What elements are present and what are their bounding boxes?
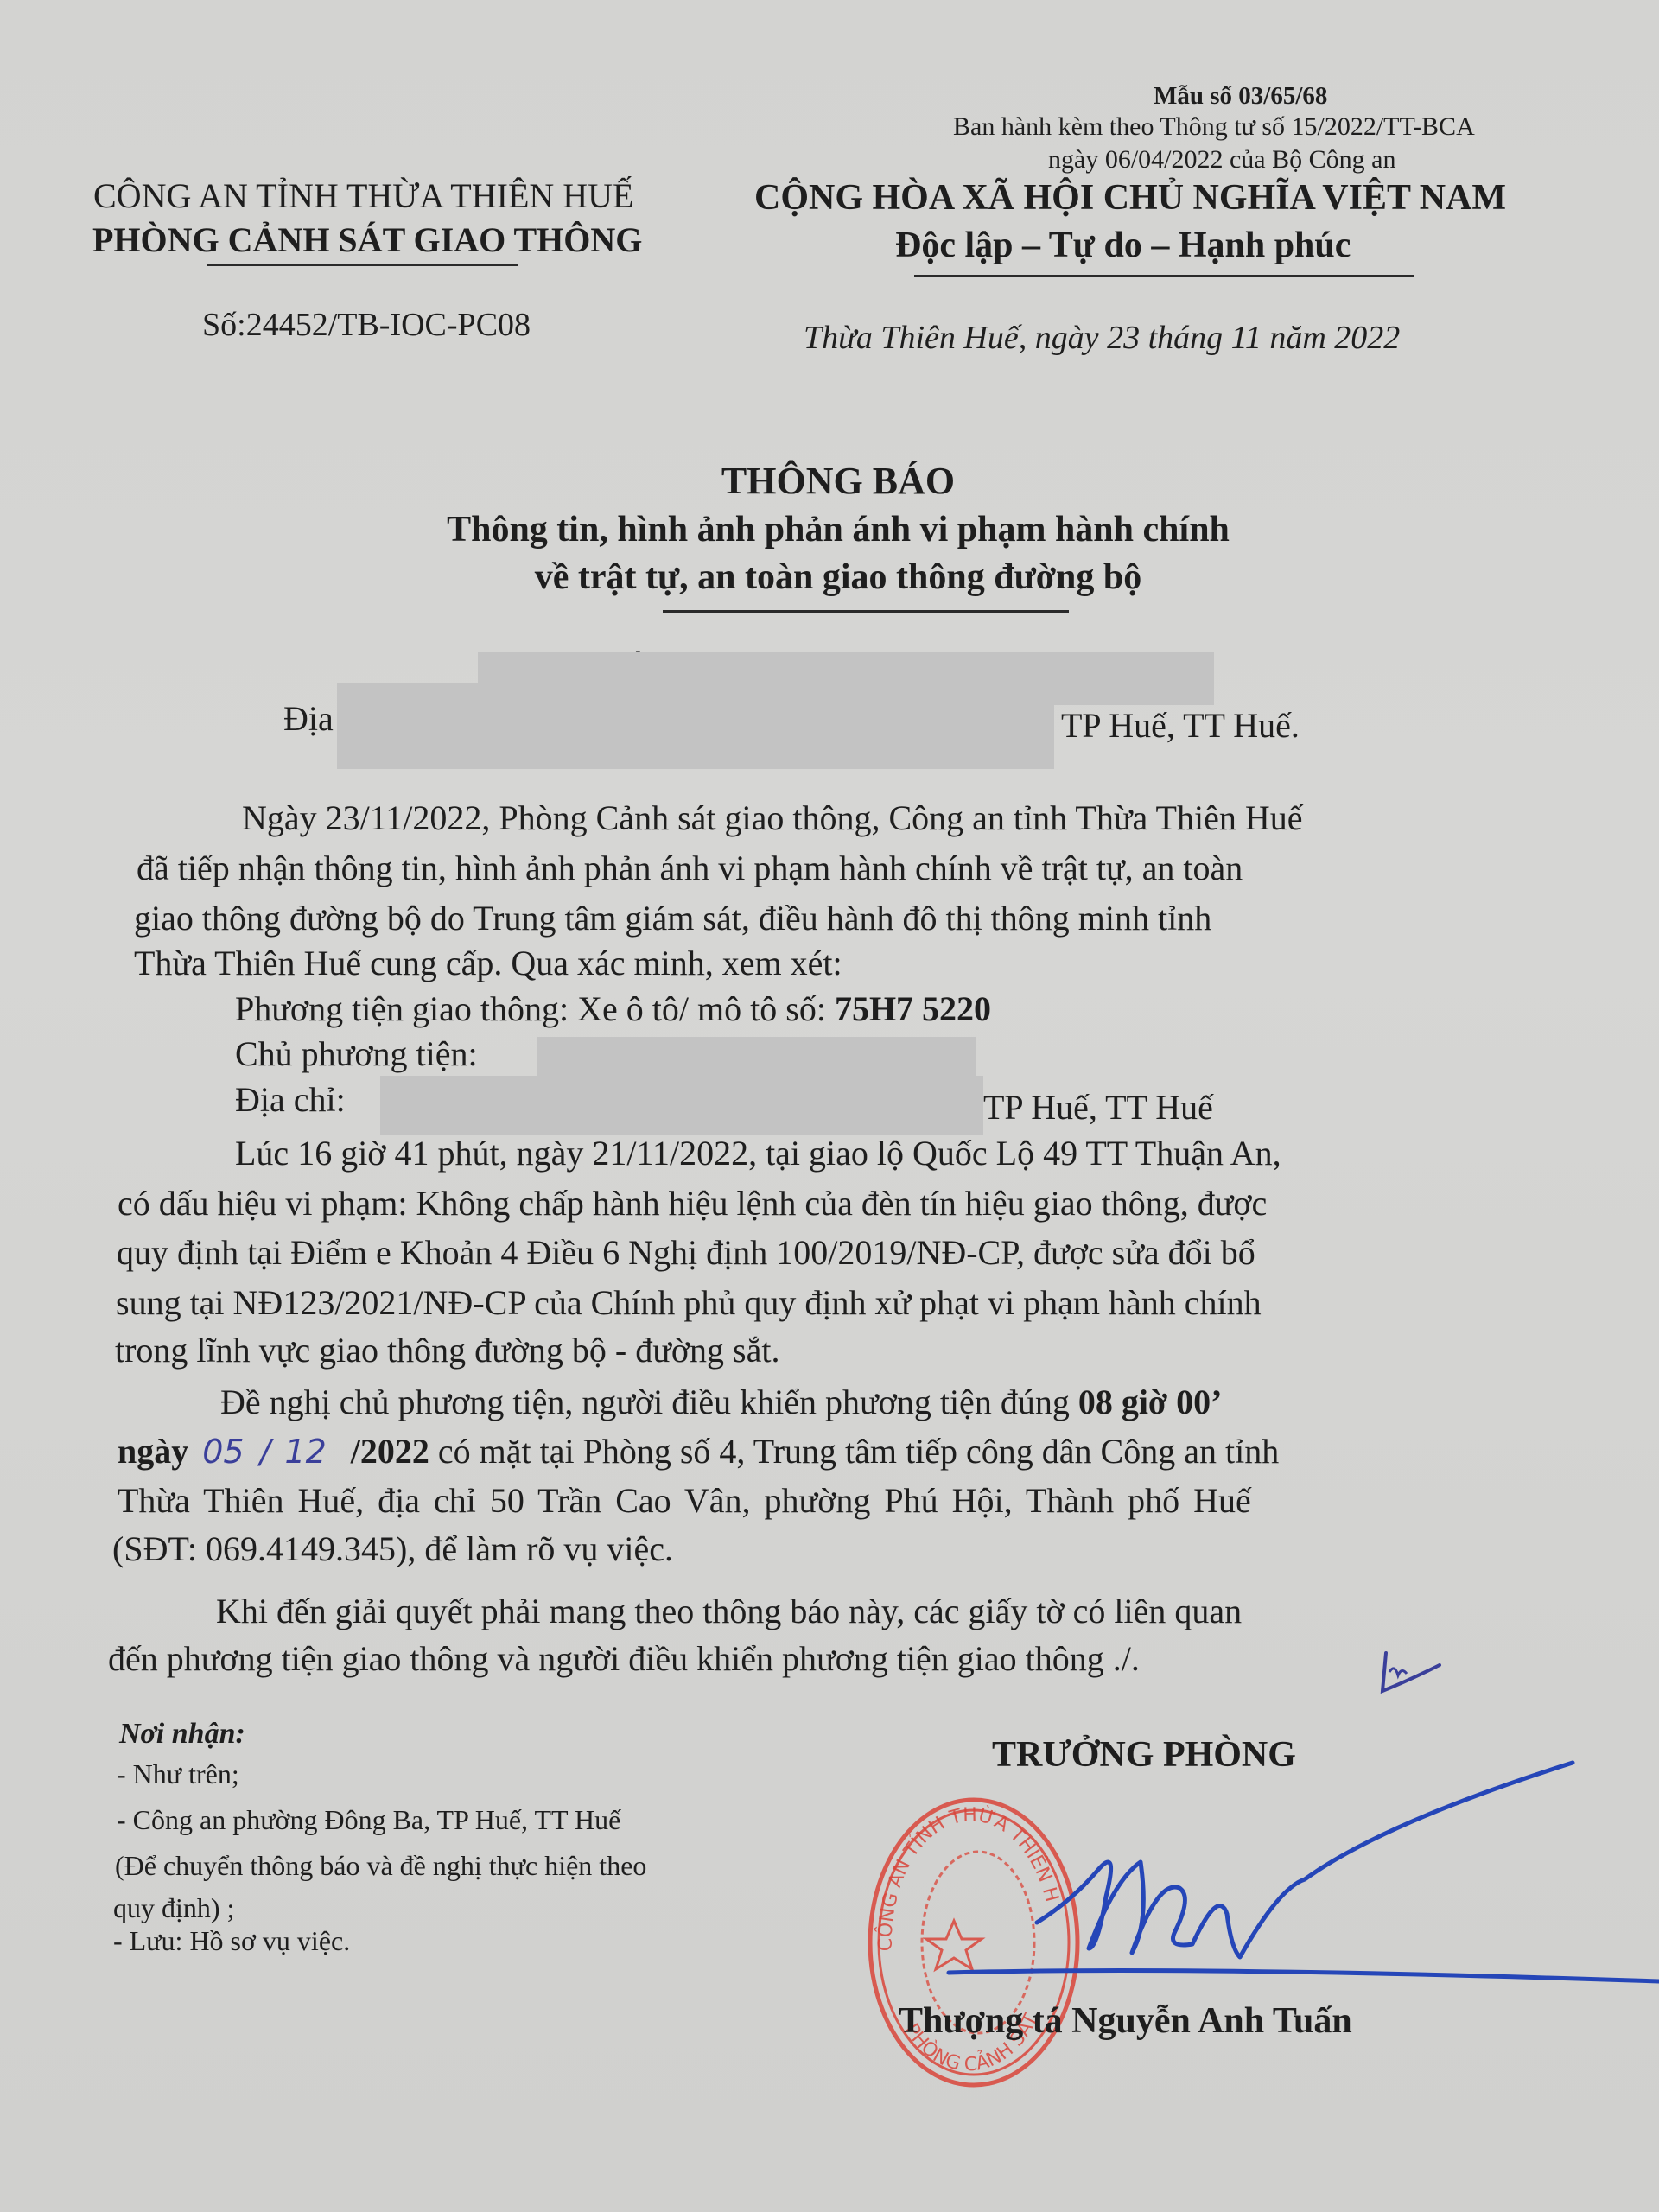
body-p1-line3: giao thông đường bộ do Trung tâm giám sá… — [134, 901, 1211, 936]
body-p3-line1-text: Đề nghị chủ phương tiện, người điều khiể… — [220, 1382, 1070, 1421]
body-p3-line1: Đề nghị chủ phương tiện, người điều khiể… — [220, 1385, 1222, 1420]
handwritten-separator: / — [260, 1433, 271, 1471]
handwritten-day: 05 — [202, 1433, 244, 1471]
place-date: Thừa Thiên Huế, ngày 23 tháng 11 năm 202… — [804, 321, 1400, 354]
recipients-line-1: - Như trên; — [117, 1760, 239, 1788]
license-plate: 75H7 5220 — [835, 989, 991, 1028]
document-number: Số:24452/TB-IOC-PC08 — [202, 308, 531, 341]
body-p1-line1: Ngày 23/11/2022, Phòng Cảnh sát giao thô… — [242, 801, 1303, 836]
owner-address-label: Địa chỉ: — [235, 1083, 346, 1117]
body-p4-line1: Khi đến giải quyết phải mang theo thông … — [216, 1594, 1242, 1629]
body-p3-line2: ngày 05 / 12 /2022 có mặt tại Phòng số 4… — [118, 1434, 1279, 1469]
recipients-line-5: - Lưu: Hồ sơ vụ việc. — [113, 1927, 350, 1955]
motto-underline — [914, 275, 1414, 277]
appointment-day-label: ngày — [118, 1432, 188, 1471]
body-p3-line3: Thừa Thiên Huế, địa chỉ 50 Trần Cao Vân,… — [118, 1484, 1251, 1518]
recipient-address-suffix: TP Huế, TT Huế. — [1061, 709, 1300, 743]
body-p2-line5: trong lĩnh vực giao thông đường bộ - đườ… — [115, 1333, 780, 1368]
signatory-name: Thượng tá Nguyễn Anh Tuấn — [899, 2003, 1352, 2039]
body-p2-line4: sung tại NĐ123/2021/NĐ-CP của Chính phủ … — [116, 1286, 1262, 1320]
issuer-agency: CÔNG AN TỈNH THỪA THIÊN HUẾ — [93, 179, 633, 213]
form-number: Mẫu số 03/65/68 — [1154, 84, 1327, 109]
recipients-line-4: quy định) ; — [113, 1894, 234, 1922]
owner-address-redaction — [380, 1076, 983, 1135]
document-title: THÔNG BÁO — [0, 462, 1659, 500]
appointment-year: /2022 — [351, 1432, 429, 1471]
department-underline — [207, 264, 518, 266]
vehicle-label-text: Phương tiện giao thông: Xe ô tô/ mô tô s… — [235, 989, 826, 1028]
body-p2-line2: có dấu hiệu vi phạm: Không chấp hành hiệ… — [118, 1186, 1267, 1221]
country-name: CỘNG HÒA XÃ HỘI CHỦ NGHĨA VIỆT NAM — [754, 180, 1506, 216]
recipients-line-3: (Để chuyển thông báo và đề nghị thực hiệ… — [115, 1852, 646, 1879]
body-p3-line2-rest: có mặt tại Phòng số 4, Trung tâm tiếp cô… — [438, 1432, 1279, 1471]
recipients-heading: Nơi nhận: — [119, 1719, 245, 1749]
signature-icon — [933, 1750, 1659, 2035]
recipient-address-redaction — [337, 683, 1054, 769]
form-issued-date: ngày 06/04/2022 của Bộ Công an — [1048, 147, 1395, 173]
body-p2-line3: quy định tại Điểm e Khoản 4 Điều 6 Nghị … — [117, 1236, 1255, 1270]
document-subtitle-2: về trật tự, an toàn giao thông đường bộ — [0, 559, 1659, 595]
national-motto: Độc lập – Tự do – Hạnh phúc — [895, 227, 1351, 264]
body-p2-line1: Lúc 16 giờ 41 phút, ngày 21/11/2022, tại… — [235, 1136, 1281, 1171]
vehicle-label: Phương tiện giao thông: Xe ô tô/ mô tô s… — [235, 992, 991, 1027]
subtitle-underline — [663, 610, 1069, 613]
owner-label: Chủ phương tiện: — [235, 1037, 478, 1071]
form-issued-with: Ban hành kèm theo Thông tư số 15/2022/TT… — [953, 114, 1475, 140]
appointment-time: 08 giờ 00’ — [1078, 1382, 1223, 1421]
document-page: Mẫu số 03/65/68 Ban hành kèm theo Thông … — [0, 0, 1659, 2212]
body-p3-line4: (SĐT: 069.4149.345), để làm rõ vụ việc. — [112, 1532, 673, 1567]
handwritten-month: 12 — [284, 1433, 326, 1471]
document-subtitle-1: Thông tin, hình ảnh phản ánh vi phạm hàn… — [0, 512, 1659, 548]
owner-address-suffix: TP Huế, TT Huế — [983, 1090, 1213, 1125]
initials-mark-icon — [1374, 1646, 1452, 1707]
body-p1-line2: đã tiếp nhận thông tin, hình ảnh phản án… — [137, 851, 1243, 886]
body-p4-line2: đến phương tiện giao thông và người điều… — [108, 1642, 1140, 1676]
recipients-line-2: - Công an phường Đông Ba, TP Huế, TT Huế — [117, 1806, 620, 1834]
body-p1-line4: Thừa Thiên Huế cung cấp. Qua xác minh, x… — [134, 946, 842, 981]
issuer-department: PHÒNG CẢNH SÁT GIAO THÔNG — [92, 223, 642, 257]
